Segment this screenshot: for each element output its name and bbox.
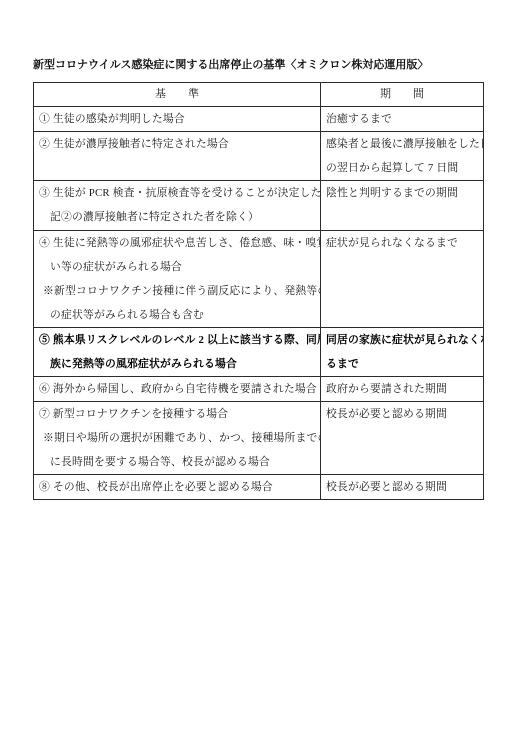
table-row: ② 生徒が濃厚接触者に特定された場合 感染者と最後に濃厚接触をした日 の翌日から… (34, 132, 484, 181)
table-row: ④ 生徒に発熱等の風邪症状や息苦しさ、倦怠感、味・嗅覚障が い等の症状がみられる… (34, 231, 484, 328)
cell-line: ※期日や場所の選択が困難であり、かつ、接種場所までの移動 (43, 426, 318, 450)
criteria-cell: ③ 生徒が PCR 検査・抗原検査等を受けることが決定した場合（上 記②の濃厚接… (34, 181, 321, 231)
cell-line: 陰性と判明するまでの期間 (326, 181, 481, 205)
criteria-cell: ⑥ 海外から帰国し、政府から自宅待機を要請された場合 (34, 377, 321, 402)
period-cell: 同居の家族に症状が見られなくな るまで (321, 328, 484, 377)
cell-line: 校長が必要と認める期間 (326, 402, 481, 426)
cell-line: 症状が見られなくなるまで (326, 231, 481, 255)
cell-line: ④ 生徒に発熱等の風邪症状や息苦しさ、倦怠感、味・嗅覚障が (39, 231, 318, 255)
cell-line: の翌日から起算して 7 日間 (326, 156, 481, 180)
table-header-row: 基 準 期 間 (34, 83, 484, 107)
table-row: ③ 生徒が PCR 検査・抗原検査等を受けることが決定した場合（上 記②の濃厚接… (34, 181, 484, 231)
cell-line: 校長が必要と認める期間 (326, 475, 481, 499)
criteria-cell: ⑦ 新型コロナワクチンを接種する場合 ※期日や場所の選択が困難であり、かつ、接種… (34, 402, 321, 475)
period-cell: 感染者と最後に濃厚接触をした日 の翌日から起算して 7 日間 (321, 132, 484, 181)
cell-line: ② 生徒が濃厚接触者に特定された場合 (39, 132, 318, 156)
criteria-cell: ① 生徒の感染が判明した場合 (34, 107, 321, 132)
document-page: 新型コロナウイルス感染症に関する出席停止の基準〈オミクロン株対応運用版〉 基 準… (0, 0, 513, 734)
table-row: ⑤ 熊本県リスクレベルのレベル 2 以上に該当する際、同居の家 族に発熱等の風邪… (34, 328, 484, 377)
table-row: ⑥ 海外から帰国し、政府から自宅待機を要請された場合 政府から要請された期間 (34, 377, 484, 402)
period-cell: 陰性と判明するまでの期間 (321, 181, 484, 231)
cell-line: 感染者と最後に濃厚接触をした日 (326, 132, 481, 156)
cell-line: 同居の家族に症状が見られなくな (326, 328, 481, 352)
criteria-cell: ⑧ その他、校長が出席停止を必要と認める場合 (34, 475, 321, 500)
criteria-cell: ② 生徒が濃厚接触者に特定された場合 (34, 132, 321, 181)
period-cell: 政府から要請された期間 (321, 377, 484, 402)
cell-line: ③ 生徒が PCR 検査・抗原検査等を受けることが決定した場合（上 (39, 181, 318, 205)
column-header-criteria: 基 準 (34, 83, 321, 107)
document-title: 新型コロナウイルス感染症に関する出席停止の基準〈オミクロン株対応運用版〉 (33, 56, 428, 72)
cell-line: ⑧ その他、校長が出席停止を必要と認める場合 (39, 475, 318, 499)
cell-line: 政府から要請された期間 (326, 377, 481, 401)
period-cell: 症状が見られなくなるまで (321, 231, 484, 328)
cell-line: ① 生徒の感染が判明した場合 (39, 107, 318, 131)
table-row: ⑦ 新型コロナワクチンを接種する場合 ※期日や場所の選択が困難であり、かつ、接種… (34, 402, 484, 475)
cell-line: ⑦ 新型コロナワクチンを接種する場合 (39, 402, 318, 426)
cell-line: の症状等がみられる場合も含む (50, 303, 318, 327)
period-cell: 治癒するまで (321, 107, 484, 132)
cell-line: い等の症状がみられる場合 (50, 255, 318, 279)
cell-line: ⑥ 海外から帰国し、政府から自宅待機を要請された場合 (39, 377, 318, 401)
criteria-table: 基 準 期 間 ① 生徒の感染が判明した場合 治癒するまで ② 生徒が濃厚接触者… (33, 82, 484, 500)
cell-line: るまで (326, 352, 481, 376)
criteria-cell: ⑤ 熊本県リスクレベルのレベル 2 以上に該当する際、同居の家 族に発熱等の風邪… (34, 328, 321, 377)
period-cell: 校長が必要と認める期間 (321, 402, 484, 475)
cell-line: 記②の濃厚接触者に特定された者を除く） (50, 205, 318, 229)
cell-line: ※新型コロナワクチン接種に伴う副反応により、発熱等の風邪 (43, 279, 318, 303)
column-header-period: 期 間 (321, 83, 484, 107)
cell-line: 族に発熱等の風邪症状がみられる場合 (50, 352, 318, 376)
cell-line: 治癒するまで (326, 107, 481, 131)
period-cell: 校長が必要と認める期間 (321, 475, 484, 500)
cell-line: ⑤ 熊本県リスクレベルのレベル 2 以上に該当する際、同居の家 (39, 328, 318, 352)
cell-line: に長時間を要する場合等、校長が認める場合 (50, 450, 318, 474)
table-row: ① 生徒の感染が判明した場合 治癒するまで (34, 107, 484, 132)
table-row: ⑧ その他、校長が出席停止を必要と認める場合 校長が必要と認める期間 (34, 475, 484, 500)
criteria-cell: ④ 生徒に発熱等の風邪症状や息苦しさ、倦怠感、味・嗅覚障が い等の症状がみられる… (34, 231, 321, 328)
